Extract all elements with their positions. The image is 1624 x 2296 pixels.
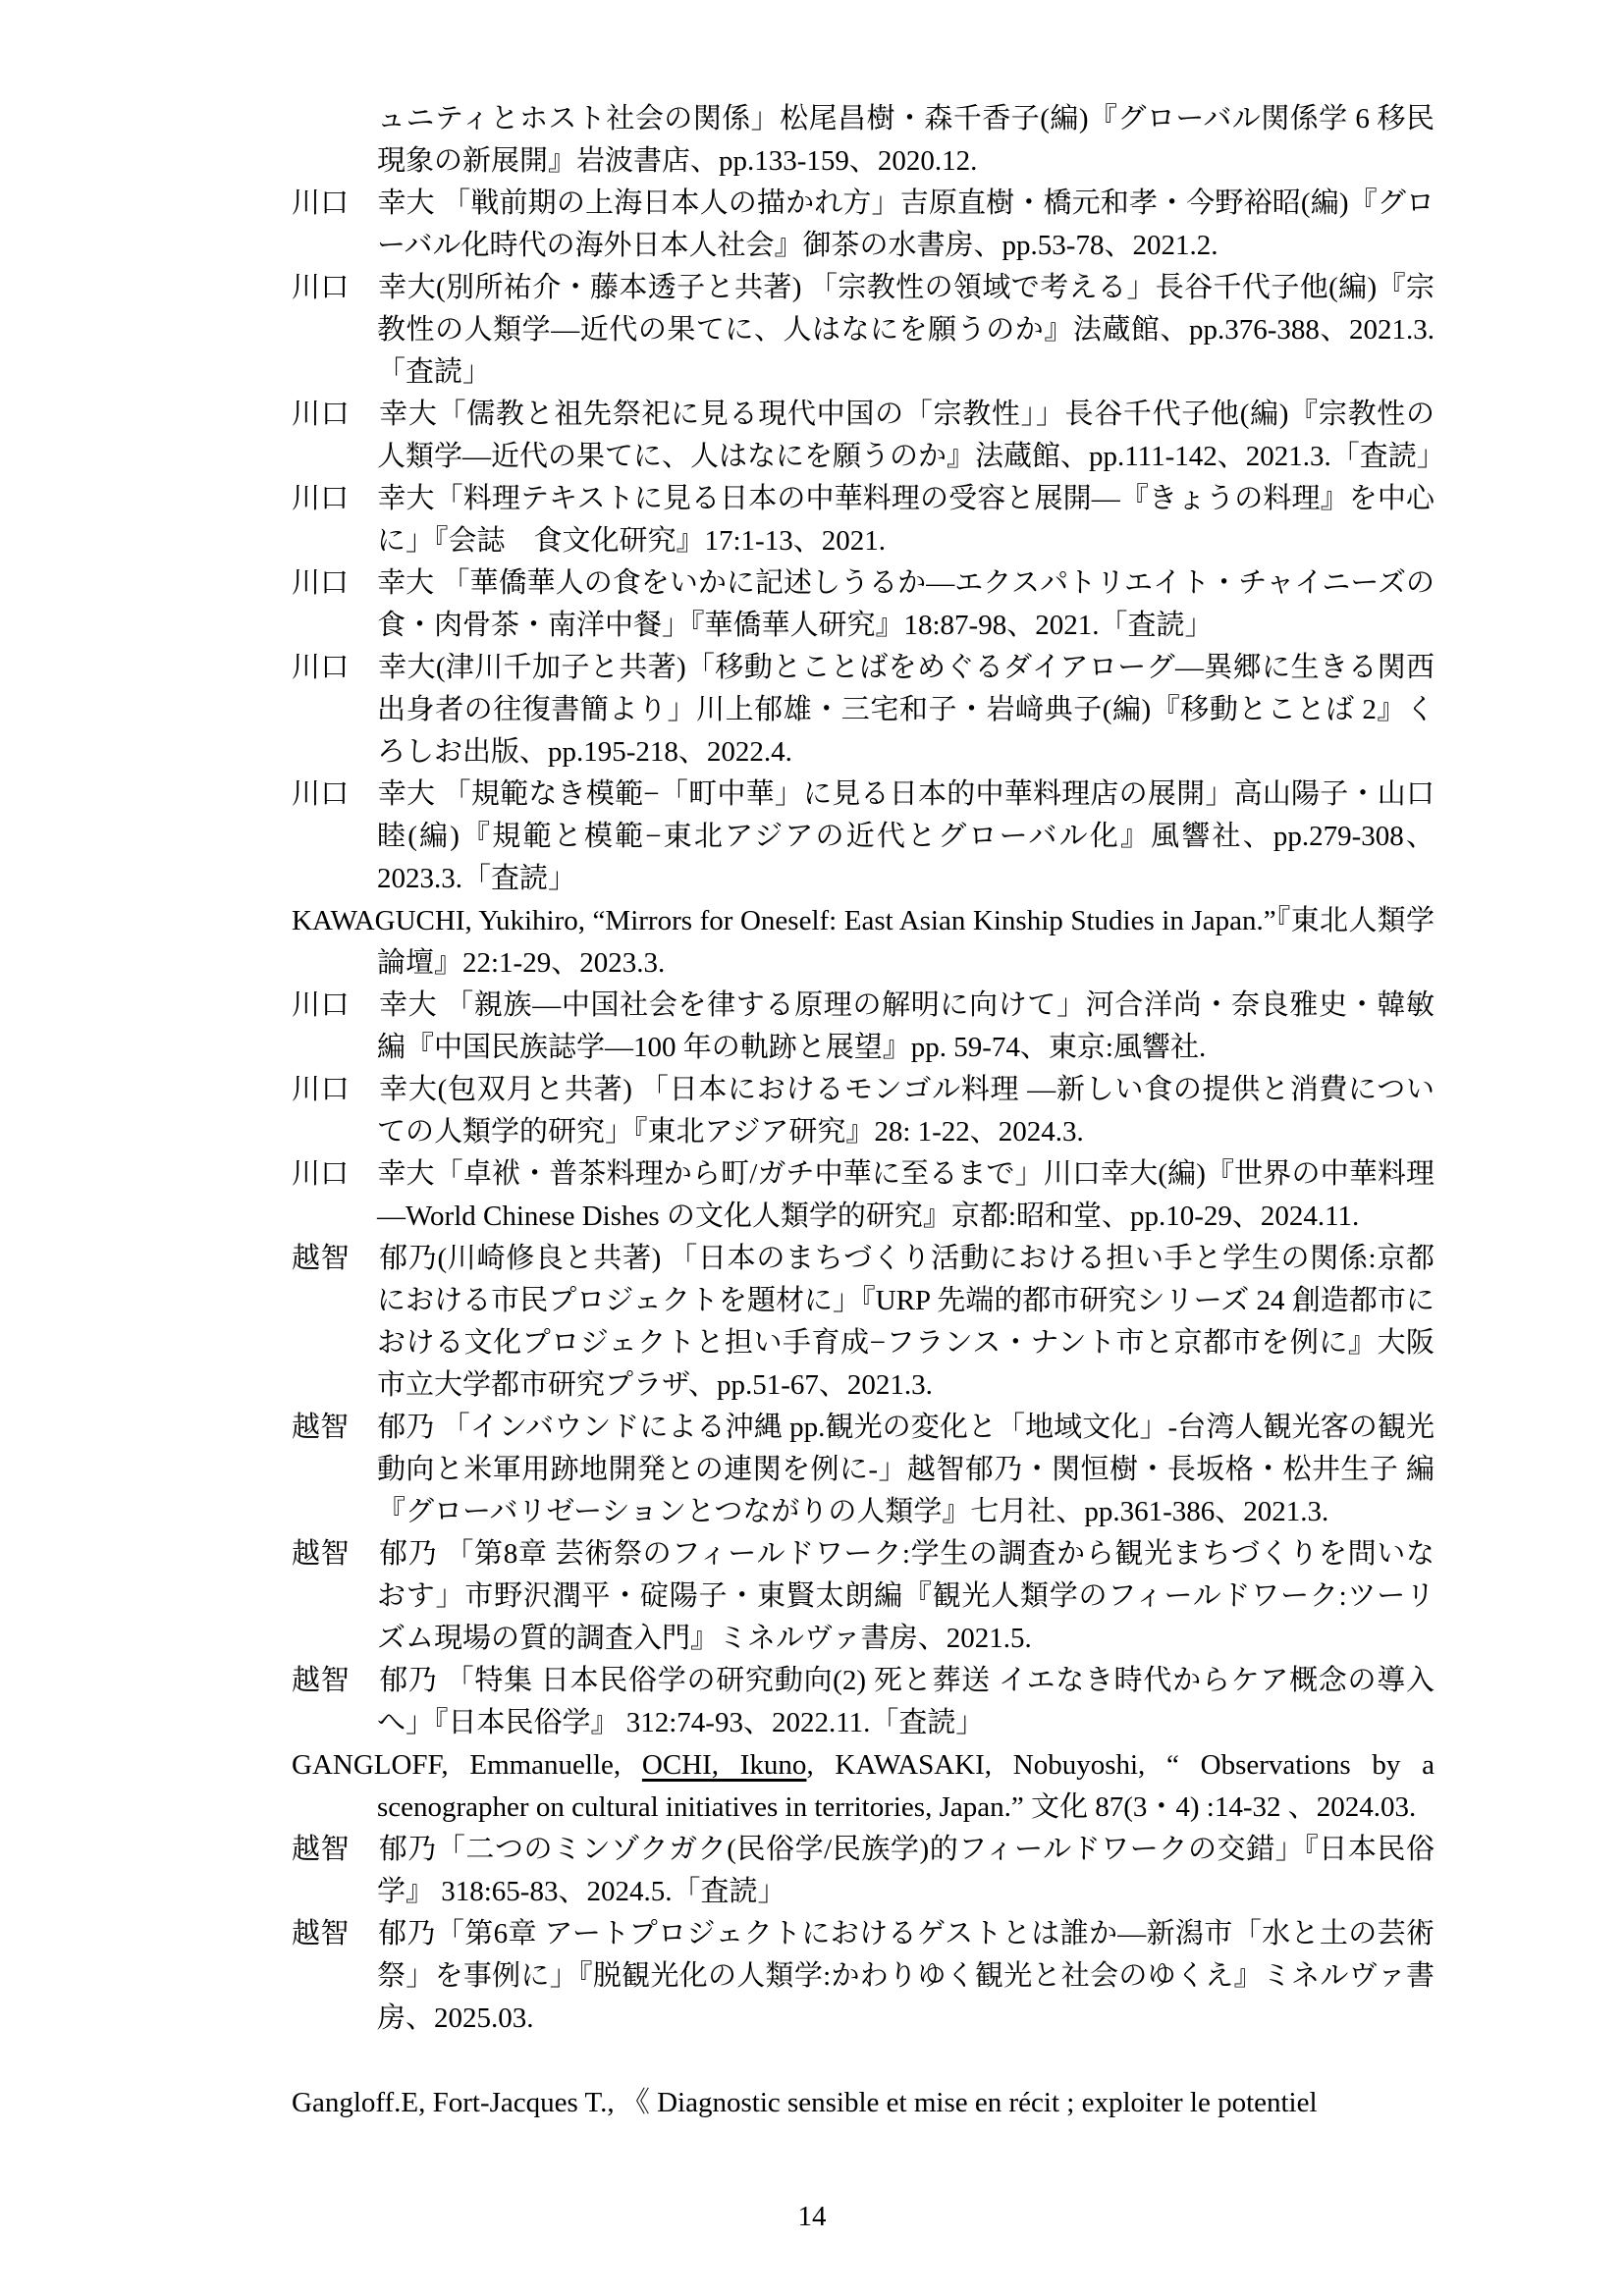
bibliography-entry: 川口 幸大(津川千加子と共著)「移動とことばをめぐるダイアローグ―異郷に生きる関… bbox=[292, 647, 1435, 774]
bibliography-entry: 川口 幸大 「戦前期の上海日本人の描かれ方」吉原直樹・橋元和孝・今野裕昭(編)『… bbox=[292, 183, 1435, 267]
page-number: 14 bbox=[0, 2196, 1624, 2238]
bibliography-entry: 川口 幸大「料理テキストに見る日本の中華料理の受容と展開―『きょうの料理』を中心… bbox=[292, 478, 1435, 562]
entry-text: 川口 幸大(包双月と共著) 「日本におけるモンゴル料理 ―新しい食の提供と消費に… bbox=[292, 1074, 1435, 1148]
entry-text: 越智 郁乃 「第8章 芸術祭のフィールドワーク:学生の調査から観光まちづくりを問… bbox=[292, 1538, 1435, 1654]
bibliography-entry: 川口 幸大「儒教と祖先祭祀に見る現代中国の「宗教性」」長谷千代子他(編)『宗教性… bbox=[292, 394, 1435, 478]
entry-text: 越智 郁乃 「インバウンドによる沖縄 pp.観光の変化と「地域文化」-台湾人観光… bbox=[292, 1412, 1435, 1527]
entry-text: 川口 幸大「料理テキストに見る日本の中華料理の受容と展開―『きょうの料理』を中心… bbox=[292, 483, 1435, 557]
entry-text: 越智 郁乃 「特集 日本民俗学の研究動向(2) 死と葬送 イエなき時代からケア概… bbox=[292, 1665, 1435, 1738]
bibliography-entry: 川口 幸大 「規範なき模範−「町中華」に見る日本的中華料理店の展開」高山陽子・山… bbox=[292, 774, 1435, 900]
entry-text: 越智 郁乃「二つのミンゾクガク(民俗学/民族学)的フィールドワークの交錯」『日本… bbox=[292, 1834, 1435, 1907]
entry-text: 川口 幸大(別所祐介・藤本透子と共著) 「宗教性の領域で考える」長谷千代子他(編… bbox=[292, 272, 1435, 388]
entry-text: KAWAGUCHI, Yukihiro, “Mirrors for Onesel… bbox=[292, 905, 1435, 979]
bibliography-entry: 越智 郁乃 「特集 日本民俗学の研究動向(2) 死と葬送 イエなき時代からケア概… bbox=[292, 1660, 1435, 1744]
bibliography-entry: 川口 幸大 「華僑華人の食をいかに記述しうるか―エクスパトリエイト・チャイニーズ… bbox=[292, 562, 1435, 647]
entry-text: 越智 郁乃「第6章 アートプロジェクトにおけるゲストとは誰か―新潟市「水と土の芸… bbox=[292, 1918, 1435, 2034]
entry-text: ュニティとホスト社会の関係」松尾昌樹・森千香子(編)『グローバル関係学 6 移民… bbox=[377, 103, 1435, 177]
bibliography-entry: 越智 郁乃 「インバウンドによる沖縄 pp.観光の変化と「地域文化」-台湾人観光… bbox=[292, 1407, 1435, 1533]
entry-text: 川口 幸大 「規範なき模範−「町中華」に見る日本的中華料理店の展開」高山陽子・山… bbox=[292, 778, 1435, 894]
bibliography-entry: Gangloff.E, Fort-Jacques T., 《 Diagnosti… bbox=[292, 2082, 1435, 2124]
entry-text: 越智 郁乃(川崎修良と共著) 「日本のまちづくり活動における担い手と学生の関係:… bbox=[292, 1243, 1435, 1401]
entry-text: 川口 幸大「儒教と祖先祭祀に見る現代中国の「宗教性」」長谷千代子他(編)『宗教性… bbox=[292, 399, 1445, 472]
bibliography-entry: 越智 郁乃(川崎修良と共著) 「日本のまちづくり活動における担い手と学生の関係:… bbox=[292, 1238, 1435, 1407]
bibliography-entry: ュニティとホスト社会の関係」松尾昌樹・森千香子(編)『グローバル関係学 6 移民… bbox=[292, 98, 1435, 183]
bibliography-entry: KAWAGUCHI, Yukihiro, “Mirrors for Onesel… bbox=[292, 900, 1435, 985]
document-page: ュニティとホスト社会の関係」松尾昌樹・森千香子(編)『グローバル関係学 6 移民… bbox=[0, 0, 1624, 2296]
entry-text: 川口 幸大 「華僑華人の食をいかに記述しうるか―エクスパトリエイト・チャイニーズ… bbox=[292, 567, 1435, 641]
bibliography-entry: 越智 郁乃「二つのミンゾクガク(民俗学/民族学)的フィールドワークの交錯」『日本… bbox=[292, 1829, 1435, 1913]
entry-text: 川口 幸大「卓袱・普茶料理から町/ガチ中華に至るまで」川口幸大(編)『世界の中華… bbox=[292, 1158, 1435, 1232]
entry-text: 川口 幸大 「親族―中国社会を律する原理の解明に向けて」河合洋尚・奈良雅史・韓敏… bbox=[292, 989, 1435, 1063]
entry-text: 川口 幸大 「戦前期の上海日本人の描かれ方」吉原直樹・橋元和孝・今野裕昭(編)『… bbox=[292, 187, 1435, 261]
bibliography-list: ュニティとホスト社会の関係」松尾昌樹・森千香子(編)『グローバル関係学 6 移民… bbox=[292, 98, 1435, 2124]
underlined-author: OCHI, Ikuno bbox=[642, 1749, 807, 1781]
bibliography-entry: GANGLOFF, Emmanuelle, OCHI, Ikuno, KAWAS… bbox=[292, 1744, 1435, 1829]
bibliography-entry: 川口 幸大「卓袱・普茶料理から町/ガチ中華に至るまで」川口幸大(編)『世界の中華… bbox=[292, 1153, 1435, 1238]
bibliography-entry: 越智 郁乃「第6章 アートプロジェクトにおけるゲストとは誰か―新潟市「水と土の芸… bbox=[292, 1913, 1435, 2040]
entry-text: GANGLOFF, Emmanuelle, bbox=[292, 1749, 642, 1781]
bibliography-entry: 川口 幸大 「親族―中国社会を律する原理の解明に向けて」河合洋尚・奈良雅史・韓敏… bbox=[292, 985, 1435, 1069]
bibliography-entry: 川口 幸大(包双月と共著) 「日本におけるモンゴル料理 ―新しい食の提供と消費に… bbox=[292, 1069, 1435, 1153]
entry-text: 川口 幸大(津川千加子と共著)「移動とことばをめぐるダイアローグ―異郷に生きる関… bbox=[292, 652, 1435, 768]
entry-text: Gangloff.E, Fort-Jacques T., 《 Diagnosti… bbox=[292, 2087, 1318, 2118]
bibliography-entry: 越智 郁乃 「第8章 芸術祭のフィールドワーク:学生の調査から観光まちづくりを問… bbox=[292, 1533, 1435, 1660]
bibliography-entry: 川口 幸大(別所祐介・藤本透子と共著) 「宗教性の領域で考える」長谷千代子他(編… bbox=[292, 267, 1435, 394]
